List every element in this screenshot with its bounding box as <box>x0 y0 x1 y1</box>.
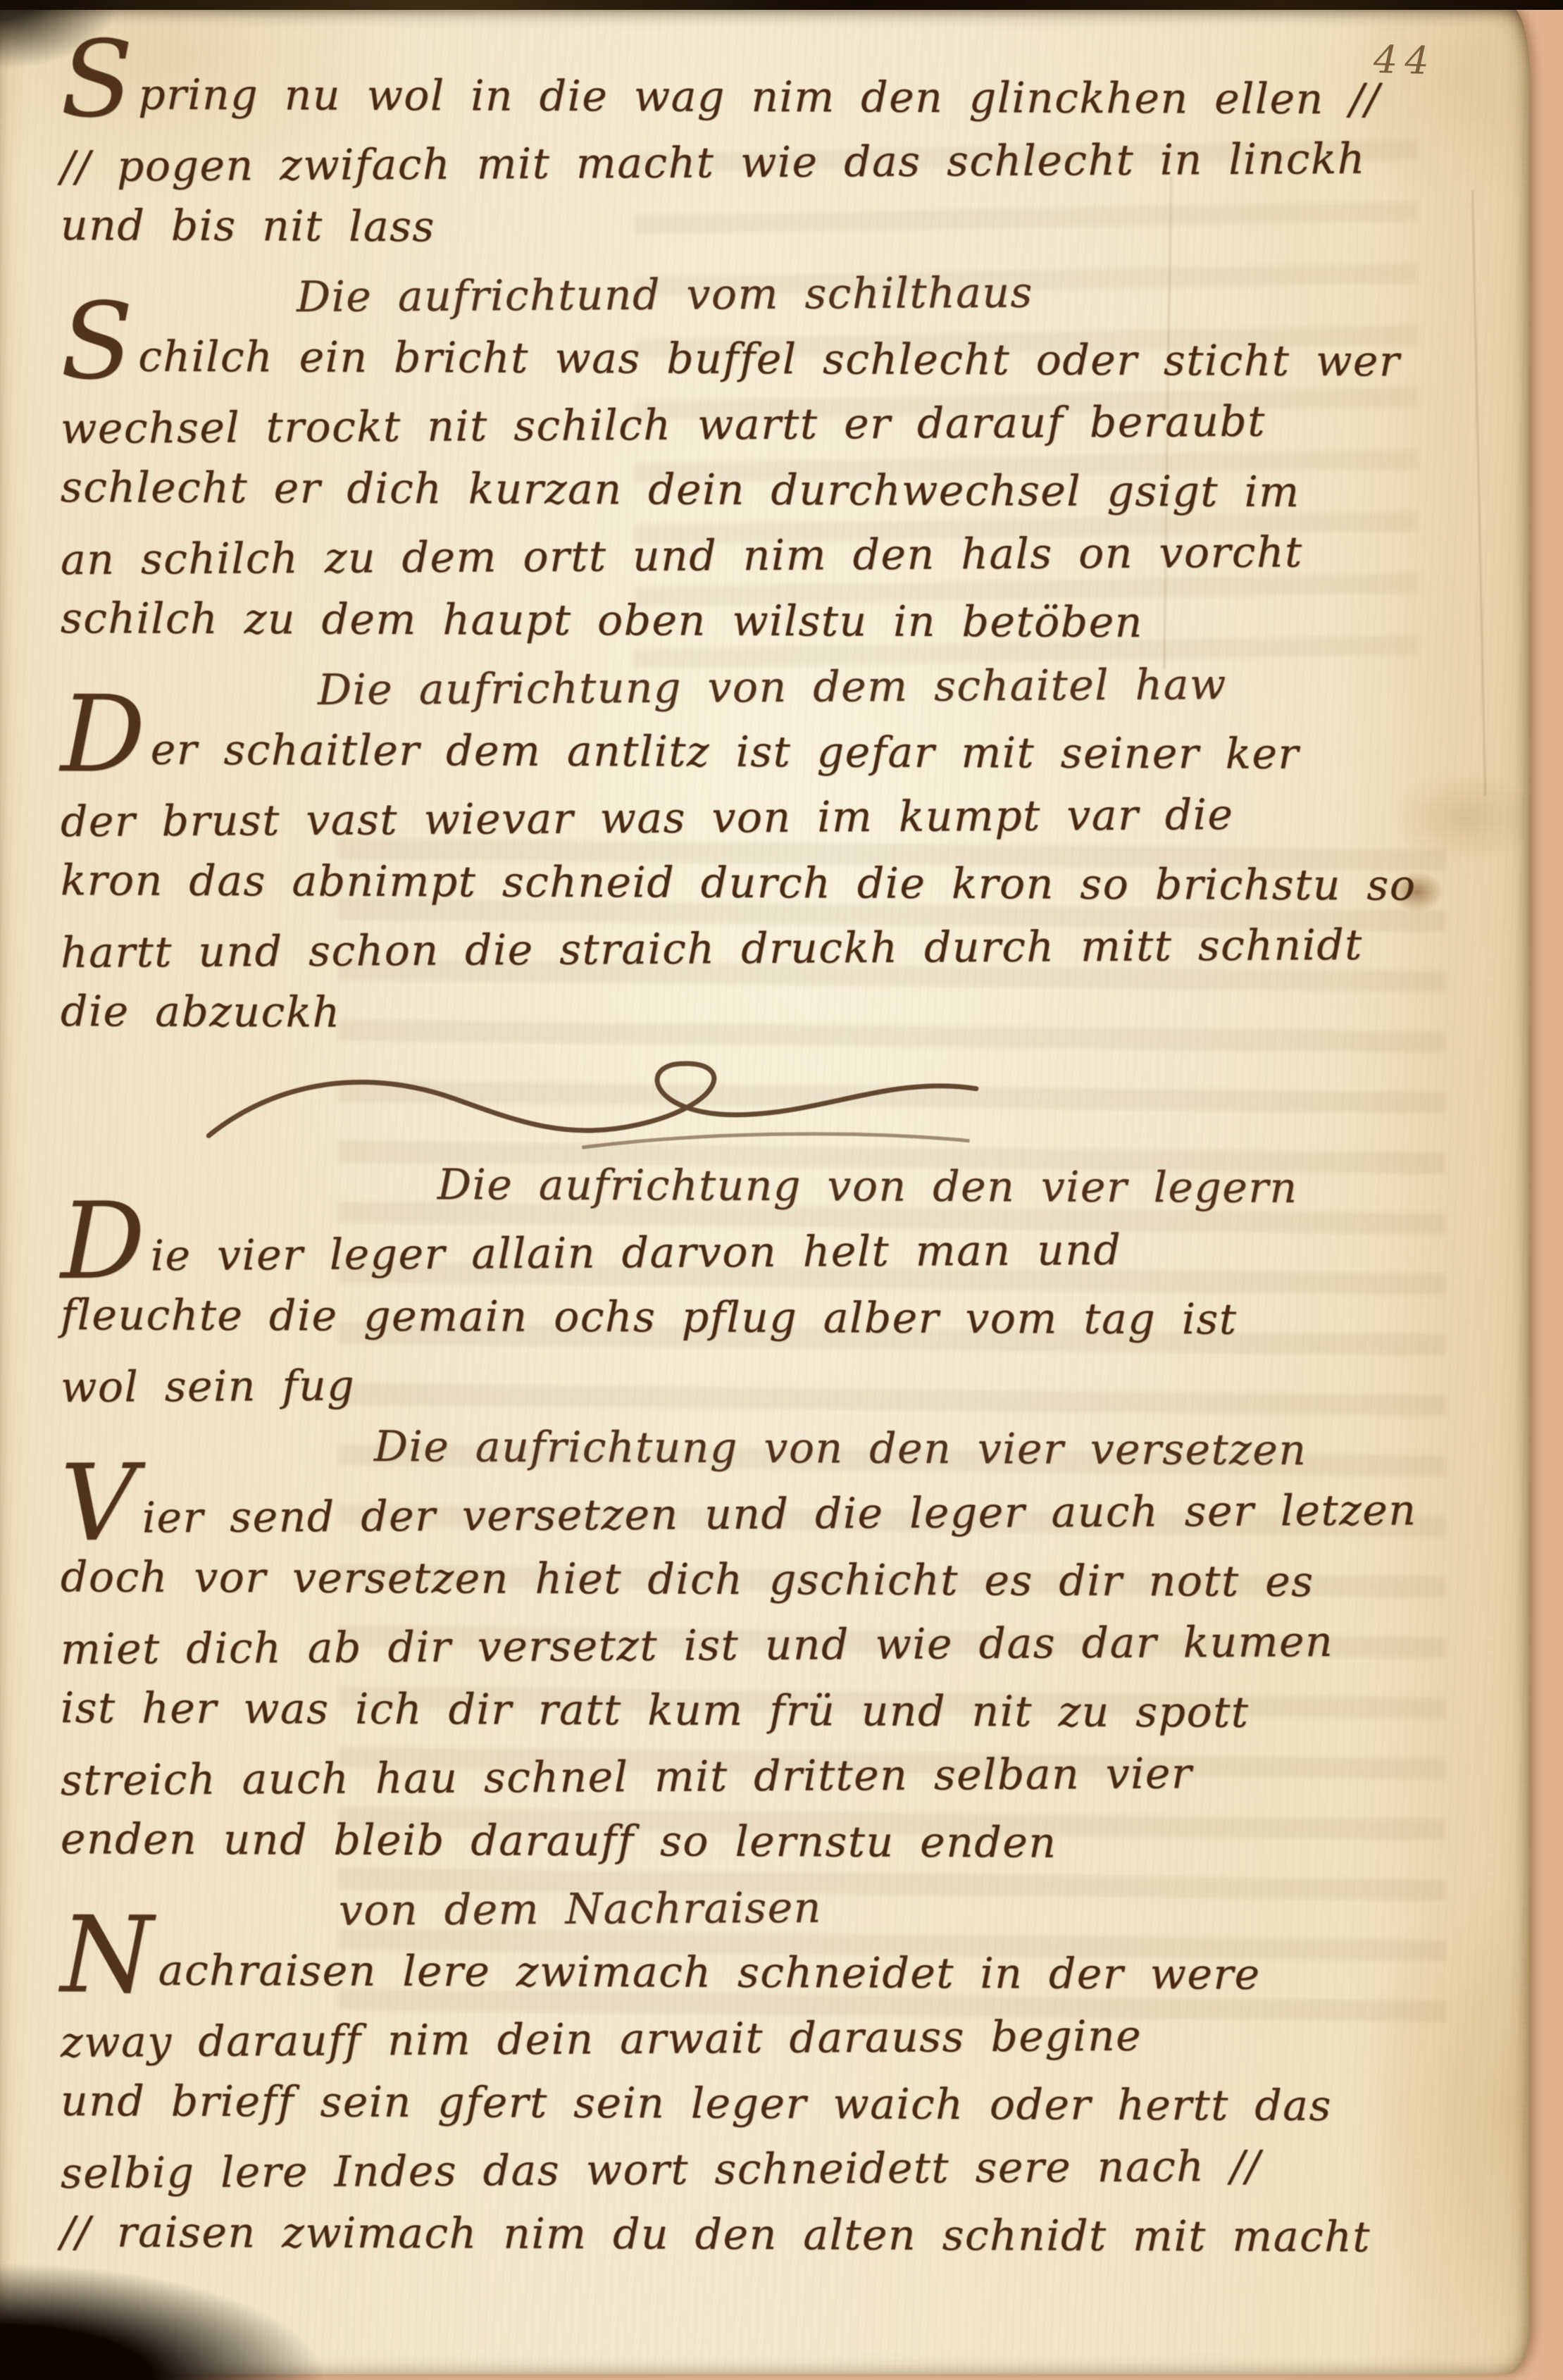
section-heading: Die aufrichtung von dem schaitel haw <box>318 651 1467 723</box>
line-text: ie vier leger allain darvon helt man und <box>151 1226 1122 1281</box>
line-text: enden und bleib darauff so lernstu enden <box>61 1814 1057 1867</box>
manuscript-line: die abzuckh <box>61 979 1466 1050</box>
manuscript-line: schilch zu dem haupt oben wilstu in betö… <box>61 586 1466 657</box>
line-text: achraisen lere zwimach schneidet in der … <box>158 1946 1261 2000</box>
line-text: // raisen zwimach nim du den alten schni… <box>61 2207 1371 2262</box>
manuscript-line: enden und bleib darauff so lernstu enden <box>61 1807 1466 1878</box>
manuscript-line: Schilch ein bricht was buffel schlecht o… <box>61 324 1466 395</box>
manuscript-line: wechsel trockt nit schilch wartt er dara… <box>61 388 1467 462</box>
line-text: hartt und schon die straich druckh durch… <box>61 921 1363 978</box>
drop-cap: D <box>61 1241 147 1242</box>
manuscript-line: an schilch zu dem ortt und nim den hals … <box>61 519 1467 593</box>
line-text: die abzuckh <box>61 987 341 1038</box>
manuscript-line: und bis nit lass <box>61 193 1466 264</box>
line-text: ier send der versetzen und die leger auc… <box>142 1485 1417 1543</box>
line-text: selbig lere Indes das wort schneidett se… <box>61 2142 1262 2198</box>
line-text: der brust vast wievar was von im kumpt v… <box>61 790 1234 847</box>
manuscript-line: selbig lere Indes das wort schneidett se… <box>61 2133 1467 2207</box>
manuscript-line: Die vier leger allain darvon helt man un… <box>61 1216 1467 1290</box>
line-text: fleuchte die gemain ochs pflug alber vom… <box>61 1290 1238 1344</box>
pen-flourish <box>187 1047 998 1157</box>
section-heading: von dem Nachraisen <box>339 1871 1467 1944</box>
folio-number: 44 <box>1373 37 1436 83</box>
line-text: pring nu wol in die wag nim den glinckhe… <box>138 70 1381 125</box>
line-text: von dem Nachraisen <box>339 1883 822 1936</box>
manuscript-line: // raisen zwimach nim du den alten schni… <box>61 2200 1466 2271</box>
pen-flourish-row <box>187 1043 1467 1158</box>
manuscript-line: wol sein fug <box>61 1347 1467 1421</box>
manuscript-line: fleuchte die gemain ochs pflug alber vom… <box>61 1283 1466 1354</box>
text-block: Spring nu wol in die wag nim den glinckh… <box>61 65 1466 2268</box>
line-text: Die aufrichtung von den vier versetzen <box>374 1422 1307 1475</box>
line-text: schilch zu dem haupt oben wilstu in betö… <box>61 594 1143 647</box>
line-text: wechsel trockt nit schilch wartt er dara… <box>61 397 1266 454</box>
manuscript-line: kron das abnimpt schneid durch die kron … <box>61 848 1466 919</box>
line-text: und brieff sein gfert sein leger waich o… <box>61 2076 1332 2131</box>
line-text: // pogen zwifach mit macht wie das schle… <box>61 135 1366 192</box>
manuscript-line: miet dich ab dir versetzt ist und wie da… <box>61 1609 1467 1683</box>
line-text: miet dich ab dir versetzt ist und wie da… <box>61 1617 1334 1674</box>
line-text: Die aufrichtung von den vier legern <box>437 1160 1298 1213</box>
photo-edge-top <box>0 0 1563 10</box>
line-text: er schaitler dem antlitz ist gefar mit s… <box>151 725 1300 779</box>
manuscript-line: doch vor versetzen hiet dich gschicht es… <box>61 1545 1466 1616</box>
drop-cap: V <box>61 1503 138 1504</box>
line-text: zway darauff nim dein arwait darauss beg… <box>61 2012 1142 2067</box>
manuscript-line: streich auch hau schnel mit dritten selb… <box>61 1740 1467 1814</box>
manuscript-line: // pogen zwifach mit macht wie das schle… <box>61 126 1467 200</box>
section-heading: Die aufrichtund vom schilthaus <box>297 258 1467 330</box>
line-text: chilch ein bricht was buffel schlecht od… <box>138 332 1400 387</box>
manuscript-line: der brust vast wievar was von im kumpt v… <box>61 781 1467 855</box>
line-text: streich auch hau schnel mit dritten selb… <box>61 1749 1193 1805</box>
manuscript-line: Spring nu wol in die wag nim den glinckh… <box>61 62 1466 133</box>
manuscript-line: Vier send der versetzen und die leger au… <box>61 1478 1467 1552</box>
line-text: Die aufrichtung von dem schaitel haw <box>318 660 1227 715</box>
line-text: an schilch zu dem ortt und nim den hals … <box>61 528 1303 585</box>
paper-crease-edge <box>1471 190 1486 796</box>
line-text: doch vor versetzen hiet dich gschicht es… <box>61 1552 1314 1607</box>
manuscript-line: zway darauff nim dein arwait darauss beg… <box>61 2002 1467 2076</box>
line-text: kron das abnimpt schneid durch die kron … <box>61 856 1416 910</box>
manuscript-line: hartt und schon die straich druckh durch… <box>61 912 1467 986</box>
line-text: und bis nit lass <box>61 201 435 251</box>
section-heading: Die aufrichtung von den vier legern <box>437 1152 1466 1222</box>
manuscript-photo: 44 Spring nu wol in die wag nim den glin… <box>0 0 1563 2380</box>
manuscript-line: schlecht er dich kurzan dein durchwechse… <box>61 455 1466 526</box>
manuscript-line: Nachraisen lere zwimach schneidet in der… <box>61 1938 1466 2009</box>
drop-cap: N <box>61 1955 154 1956</box>
section-heading: Die aufrichtung von den vier versetzen <box>374 1414 1466 1484</box>
line-text: schlecht er dich kurzan dein durchwechse… <box>61 463 1300 517</box>
line-text: wol sein fug <box>61 1362 356 1413</box>
line-text: ist her was ich dir ratt kum frü und nit… <box>61 1683 1250 1737</box>
manuscript-line: Der schaitler dem antlitz ist gefar mit … <box>61 717 1466 788</box>
line-text: Die aufrichtund vom schilthaus <box>297 268 1033 322</box>
manuscript-line: ist her was ich dir ratt kum frü und nit… <box>61 1676 1466 1747</box>
manuscript-line: und brieff sein gfert sein leger waich o… <box>61 2069 1466 2140</box>
